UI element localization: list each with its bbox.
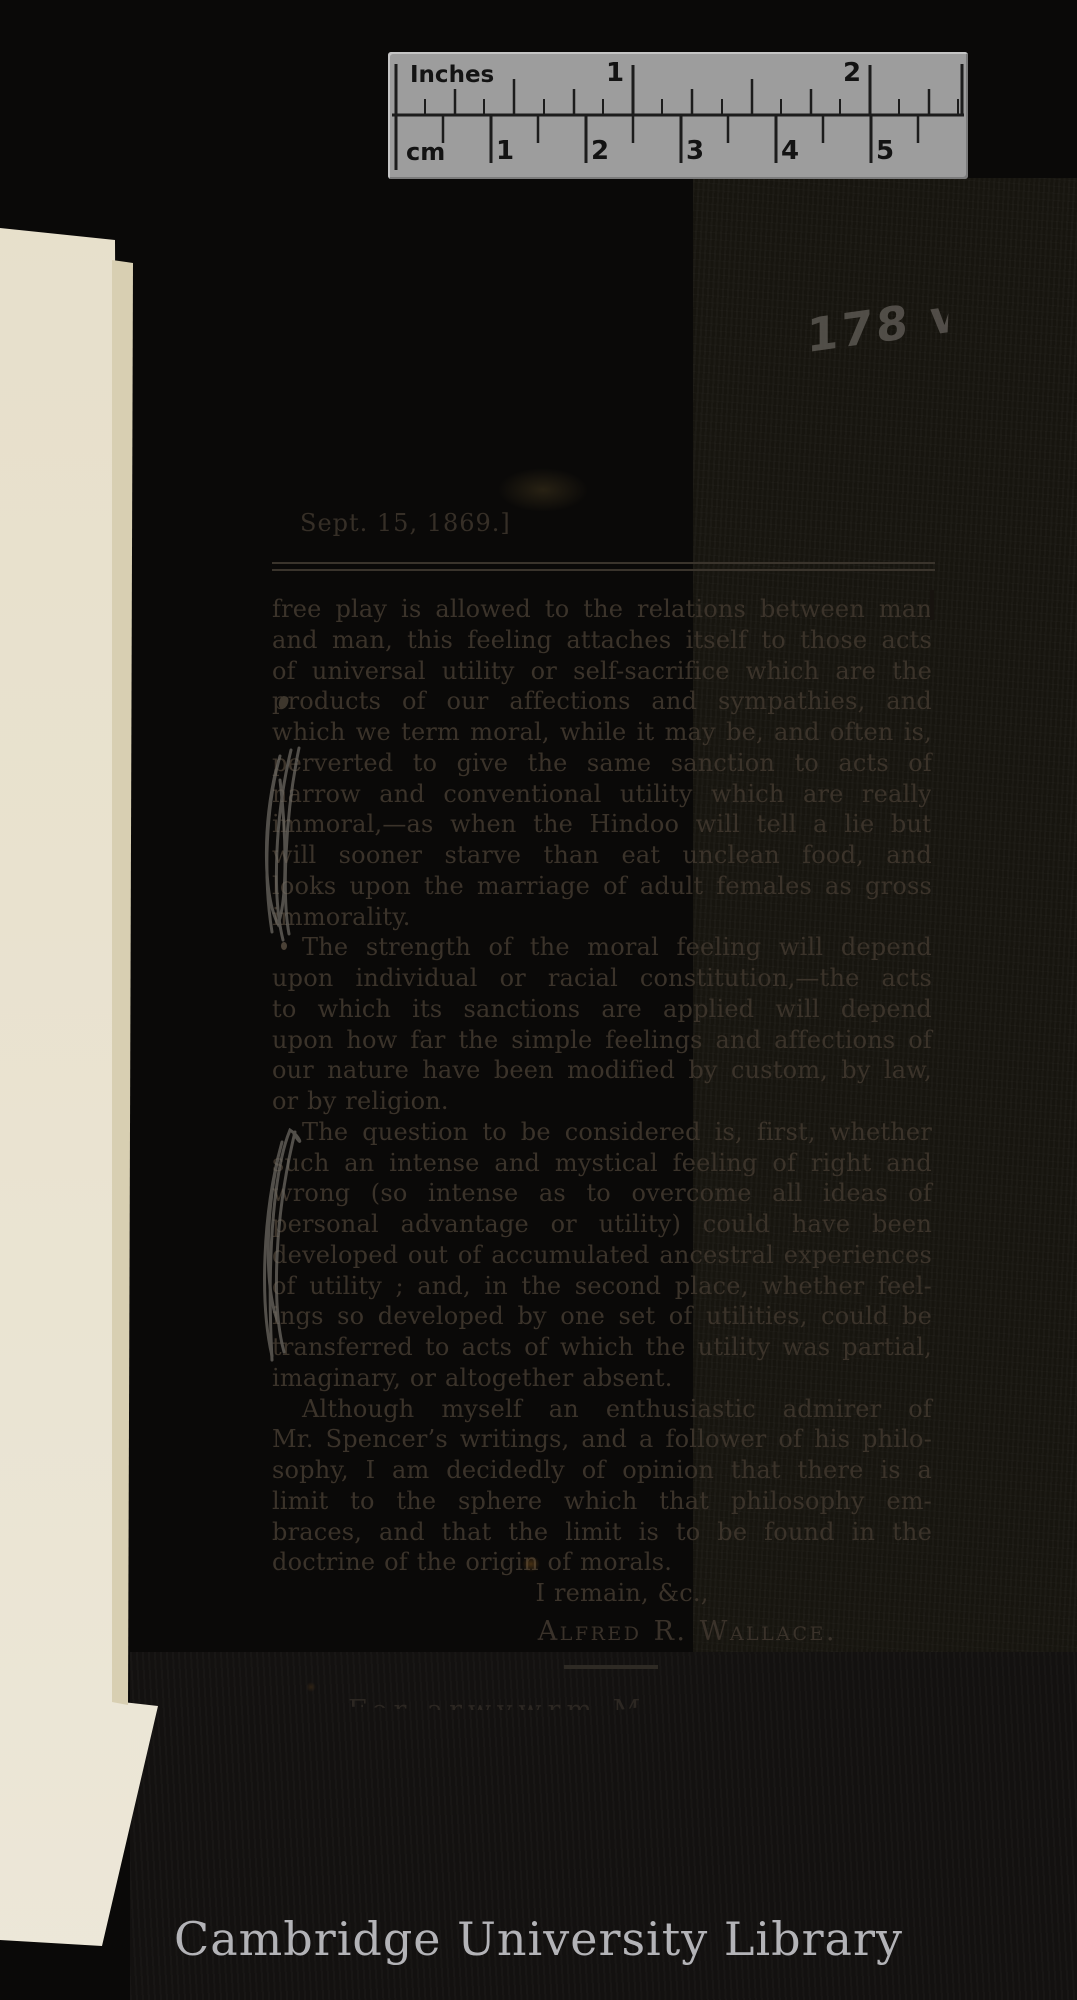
body-line: wrong (so intense as to overcome all ide… <box>272 1178 932 1209</box>
ruler-inches-label: Inches <box>410 62 494 88</box>
closing-line: I remain, &c., <box>272 1578 932 1609</box>
body-line: narrow and conventional utility which ar… <box>272 779 932 810</box>
body-line: looks upon the marriage of adult females… <box>272 871 932 902</box>
signature: Alfred R. Wallace. <box>272 1617 932 1649</box>
body-line: products of our affections and sympathie… <box>272 686 932 717</box>
body-line: our nature have been modified by custom,… <box>272 1055 932 1086</box>
cutoff-letter-tops: For arwvwrm M <box>348 1695 778 1710</box>
end-rule <box>564 1665 658 1669</box>
body-line: such an intense and mystical feeling of … <box>272 1148 932 1179</box>
body-line: upon how far the simple feelings and aff… <box>272 1025 932 1056</box>
body-line: transferred to acts of which the utility… <box>272 1332 932 1363</box>
body-line: limit to the sphere which that philosoph… <box>272 1486 932 1517</box>
ruler-cm-1: 1 <box>496 136 514 166</box>
body-line: will sooner starve than eat unclean food… <box>272 840 932 871</box>
photographed-document-scan: 178 v Sept. 15, 1869.] free play is allo… <box>0 0 1077 2000</box>
body-line: upon individual or racial constitution,—… <box>272 963 932 994</box>
body-line: of utility ; and, in the second place, w… <box>272 1271 932 1302</box>
pencil-scribble-lower <box>250 1124 312 1368</box>
body-line: free play is allowed to the relations be… <box>272 594 932 625</box>
body-line: and man, this feeling attaches itself to… <box>272 625 932 656</box>
pencil-scribble-upper <box>258 746 312 946</box>
adjacent-column-edge-mark <box>930 590 934 620</box>
measuring-ruler: Inches cm 1 2 1 2 3 4 5 <box>388 52 968 179</box>
paper-stain <box>498 468 588 512</box>
closing-block: I remain, &c., Alfred R. Wallace. <box>272 1574 932 1669</box>
date-header: Sept. 15, 1869.] <box>300 509 511 537</box>
body-line: immorality. <box>272 902 932 933</box>
body-line: perverted to give the same sanction to a… <box>272 748 932 779</box>
library-watermark: Cambridge University Library <box>0 1912 1077 1966</box>
ruler-cm-2: 2 <box>591 136 609 166</box>
body-line: personal advantage or utility) could hav… <box>272 1209 932 1240</box>
body-line: imaginary, or altogether absent. <box>272 1363 932 1394</box>
ruler-cm-3: 3 <box>686 136 704 166</box>
paper-stain <box>306 1682 316 1692</box>
folio-annotation: 178 v <box>807 287 963 363</box>
body-line: which we term moral, while it may be, an… <box>272 717 932 748</box>
ruler-cm-5: 5 <box>876 136 894 166</box>
body-text: free play is allowed to the relations be… <box>272 594 932 1578</box>
ruler-inch-2: 2 <box>843 58 861 88</box>
body-line: braces, and that the limit is to be foun… <box>272 1517 932 1548</box>
body-line: sophy, I am decidedly of opinion that th… <box>272 1455 932 1486</box>
ruler-inch-1: 1 <box>606 58 624 88</box>
double-rule <box>272 562 935 571</box>
body-line: Although myself an enthusiastic admirer … <box>272 1394 932 1425</box>
letter-clipping: 178 v Sept. 15, 1869.] free play is allo… <box>118 268 950 1718</box>
body-line: to which its sanctions are applied will … <box>272 994 932 1025</box>
body-line: or by religion. <box>272 1086 932 1117</box>
body-line: of universal utility or self-sacrifice w… <box>272 656 932 687</box>
body-line: The question to be considered is, first,… <box>272 1117 932 1148</box>
body-line: The strength of the moral feeling will d… <box>272 932 932 963</box>
ruler-cm-label: cm <box>406 138 445 166</box>
body-line: immoral,—as when the Hindoo will tell a … <box>272 809 932 840</box>
body-line: ings so developed by one set of utilitie… <box>272 1301 932 1332</box>
body-line: Mr. Spencer’s writings, and a follower o… <box>272 1424 932 1455</box>
ruler-cm-4: 4 <box>781 136 799 166</box>
body-line: developed out of accumulated ancestral e… <box>272 1240 932 1271</box>
